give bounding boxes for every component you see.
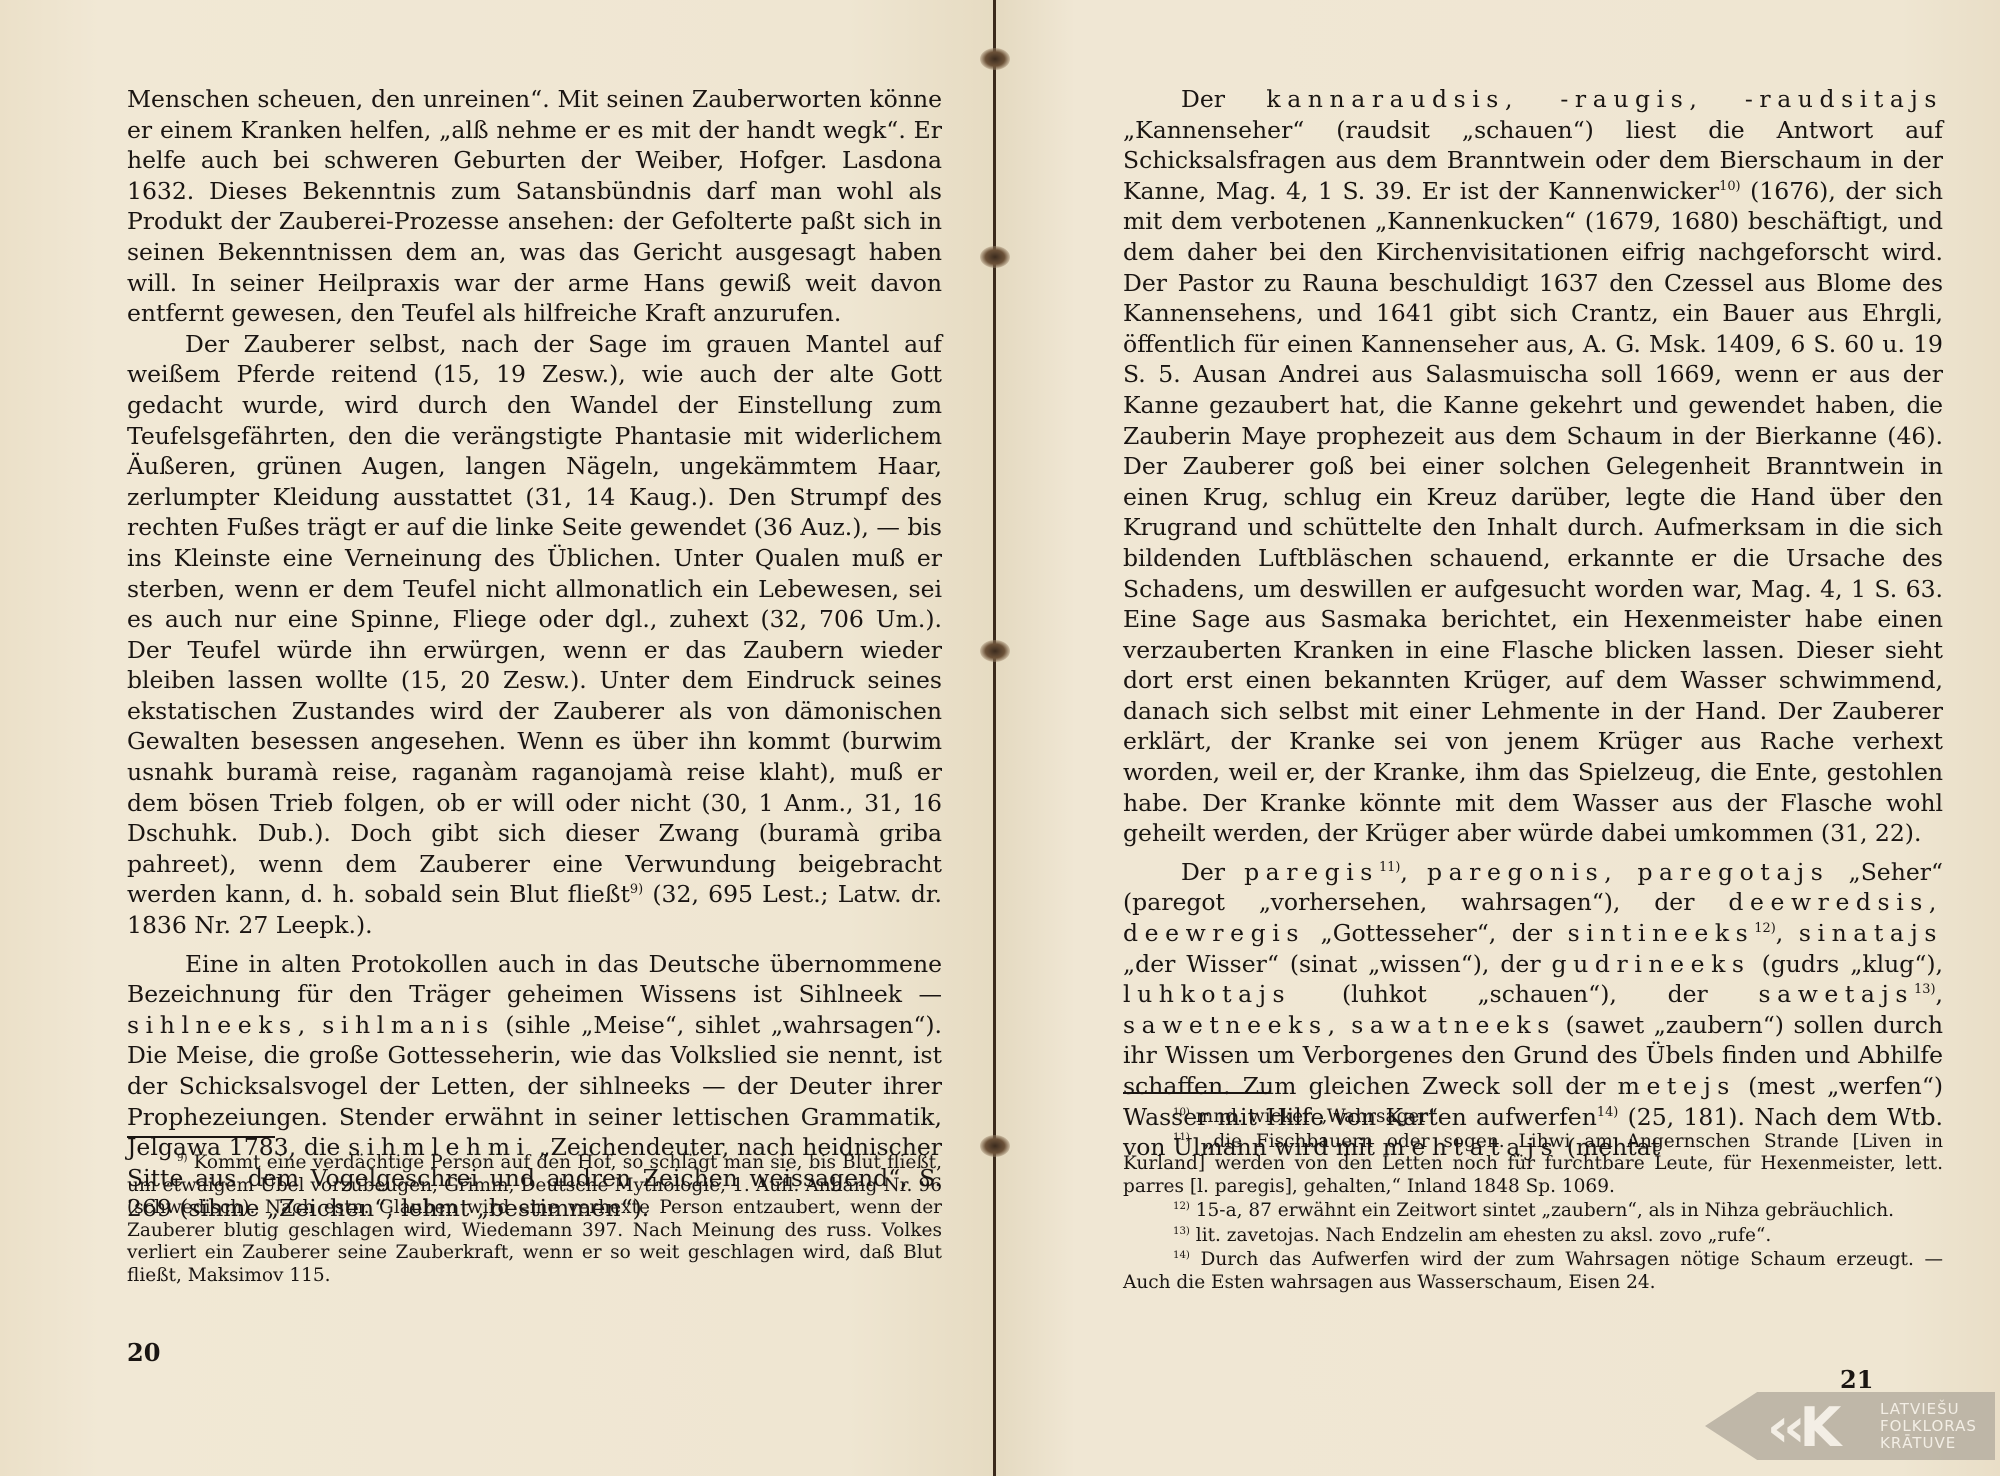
footnote: 9) Kommt eine verdächtige Person auf den…: [127, 1152, 942, 1287]
footnote: 11) „die Fischbauern oder sogen. Lihwi a…: [1123, 1131, 1943, 1199]
book-spine: [993, 0, 996, 1476]
page-number: 21: [1840, 1365, 1873, 1394]
right-footnotes: 10) mnd. wicker „Wahrsager“. 11) „die Fi…: [1123, 1106, 1943, 1294]
footnote-ref[interactable]: 12): [1754, 921, 1775, 936]
paragraph: Der Zauberer selbst, nach der Sage im gr…: [127, 329, 942, 941]
footnote-ref[interactable]: 10): [1719, 179, 1740, 194]
paragraph: Menschen scheuen, den unreinen“. Mit sei…: [127, 84, 942, 329]
left-footnotes: 9) Kommt eine verdächtige Person auf den…: [127, 1152, 942, 1287]
lfk-logo-icon: ‹‹K: [1767, 1396, 1835, 1459]
binding-stitch: [980, 640, 1010, 662]
logo-text: LATVIEŠU FOLKLORAS KRĀTUVE: [1880, 1401, 1977, 1452]
footnote: 13) lit. zavetojas. Nach Endzelin am ehe…: [1123, 1225, 1943, 1248]
lfk-watermark-logo: ‹‹K LATVIEŠU FOLKLORAS KRĀTUVE: [1705, 1392, 1995, 1460]
footnote-divider: [127, 1136, 275, 1138]
binding-stitch: [980, 246, 1010, 268]
right-page: Der kannaraudsis, -raugis, -raudsitajs „…: [995, 0, 2000, 1476]
footnote: 10) mnd. wicker „Wahrsager“.: [1123, 1106, 1943, 1129]
left-page: Menschen scheuen, den unreinen“. Mit sei…: [0, 0, 995, 1476]
binding-stitch: [980, 1135, 1010, 1157]
footnote-ref[interactable]: 11): [1379, 860, 1400, 875]
footnote-divider: [1123, 1092, 1271, 1094]
page-number: 20: [127, 1338, 160, 1367]
latvian-term: sihlmanis: [322, 1011, 494, 1039]
footnote: 14) Durch das Aufwerfen wird der zum Wah…: [1123, 1249, 1943, 1294]
footnote: 12) 15-a, 87 erwähnt ein Zeitwort sintet…: [1123, 1200, 1943, 1223]
left-body-text: Menschen scheuen, den unreinen“. Mit sei…: [127, 84, 942, 1224]
footnote-ref[interactable]: 13): [1914, 982, 1935, 997]
latvian-term: sihlneeks,: [127, 1011, 312, 1039]
right-body-text: Der kannaraudsis, -raugis, -raudsitajs „…: [1123, 84, 1943, 1163]
binding-stitch: [980, 48, 1010, 70]
footnote-ref[interactable]: 9): [630, 883, 643, 898]
paragraph: Der kannaraudsis, -raugis, -raudsitajs „…: [1123, 84, 1943, 849]
